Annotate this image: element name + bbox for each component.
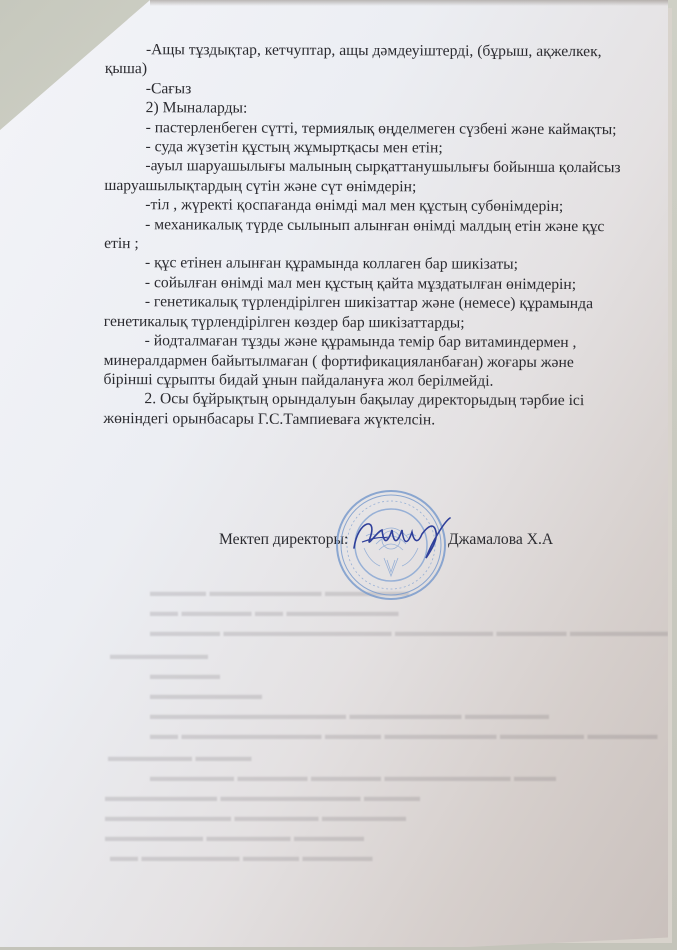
text-line: -Ащы тұздықтар, кетчуптар, ащы дәмдеуішт… bbox=[105, 40, 585, 62]
text-line: бірінші сұрыпты бидай ұнын пайдалануға ж… bbox=[103, 370, 583, 392]
bleed-through-text: ▬▬▬▬▬▬ ▬▬▬▬ bbox=[108, 750, 252, 766]
document-body: -Ащы тұздықтар, кетчуптар, ащы дәмдеуішт… bbox=[103, 40, 585, 430]
text-line: - йодталмаған тұзды және құрамында темір… bbox=[104, 331, 584, 353]
text-line: - сойылған өнімді мал мен құстың қайта м… bbox=[104, 273, 584, 295]
bleed-through-text: ▬▬ ▬▬▬▬▬▬▬▬▬▬ ▬▬▬▬ ▬▬▬▬▬▬▬▬ ▬▬▬▬▬▬ ▬▬▬▬▬ bbox=[150, 728, 658, 744]
text-line: қыша) bbox=[105, 59, 585, 81]
text-line: 2) Мыналарды: bbox=[105, 98, 585, 120]
photo-scene: ▬▬▬▬ ▬▬▬▬▬▬▬▬ ▬▬▬▬▬▬ ▬▬ ▬▬▬▬▬ ▬▬ ▬▬▬▬▬▬▬… bbox=[0, 0, 677, 950]
text-line: -Сағыз bbox=[105, 79, 585, 101]
bleed-through-text: ▬▬▬▬▬▬▬▬▬ ▬▬▬▬▬▬ ▬▬▬▬▬▬ bbox=[105, 810, 406, 826]
bleed-through-text: ▬▬▬▬▬▬▬▬ bbox=[150, 688, 262, 704]
bleed-through-text: ▬▬▬▬▬▬▬ bbox=[110, 648, 208, 664]
text-line: - механикалық түрде сылынып алынған өнім… bbox=[104, 215, 584, 237]
text-line: минералдармен байытылмаған ( фортификаци… bbox=[104, 350, 584, 372]
bleed-through-text: ▬▬ ▬▬▬▬▬▬▬ ▬▬▬▬ ▬▬▬▬▬ bbox=[110, 850, 373, 866]
bleed-through-text: ▬▬▬▬▬▬▬▬▬▬▬▬▬▬ ▬▬▬▬▬▬▬▬ ▬▬▬▬▬▬ bbox=[150, 708, 549, 724]
text-line: генетикалық түрлендірілген көздер бар ши… bbox=[104, 312, 584, 334]
bleed-through-text: ▬▬ ▬▬▬▬▬ ▬▬ ▬▬▬▬▬▬▬▬ bbox=[150, 605, 399, 621]
text-line: - пастерленбеген сүтті, термиялық өңделм… bbox=[105, 118, 585, 140]
text-line: -тіл , жүректі қоспағанда өнімді мал мен… bbox=[104, 195, 584, 217]
text-line: - суда жүзетін құстың жұмыртқасы мен еті… bbox=[104, 137, 584, 159]
text-line: етін ; bbox=[104, 234, 584, 256]
text-line: - генетикалық түрлендірілген шикізаттар … bbox=[104, 292, 584, 314]
bleed-through-text: ▬▬▬▬▬ bbox=[150, 668, 220, 684]
text-line: -ауыл шаруашылығы малының сырқаттанушылы… bbox=[104, 156, 584, 178]
bleed-through-text: ▬▬▬▬▬ ▬▬▬▬▬▬▬▬▬▬▬▬ ▬▬▬▬▬▬▬ ▬▬▬▬▬ ▬▬▬▬▬▬▬ bbox=[150, 625, 668, 641]
text-line: шаруашылықтардың сүтін және сүт өнімдері… bbox=[104, 176, 584, 198]
handwritten-signature-icon bbox=[348, 512, 458, 562]
page-top-shadow bbox=[150, 0, 677, 6]
text-line: - құс етінен алынған құрамында коллаген … bbox=[104, 253, 584, 275]
signer-title: Мектеп директоры: bbox=[219, 531, 348, 549]
document-page: ▬▬▬▬ ▬▬▬▬▬▬▬▬ ▬▬▬▬▬▬ ▬▬ ▬▬▬▬▬ ▬▬ ▬▬▬▬▬▬▬… bbox=[0, 0, 668, 947]
signer-name: Джамалова Х.А bbox=[448, 531, 553, 549]
bleed-through-text: ▬▬▬▬▬▬▬▬ ▬▬▬▬▬▬▬▬▬▬ ▬▬▬▬ bbox=[105, 790, 420, 806]
text-line: 2. Осы бұйрықтың орындалуын бақылау дире… bbox=[103, 389, 583, 411]
bleed-through-text: ▬▬▬▬▬▬ ▬▬▬▬▬ ▬▬▬▬▬ ▬▬▬▬▬▬▬▬▬ ▬▬▬ bbox=[150, 770, 556, 786]
bleed-through-text: ▬▬▬▬▬▬▬ ▬▬▬▬▬▬ ▬▬▬▬▬ bbox=[105, 830, 364, 846]
text-line: жөніндегі орынбасары Г.С.Тампиеваға жүкт… bbox=[103, 409, 583, 431]
